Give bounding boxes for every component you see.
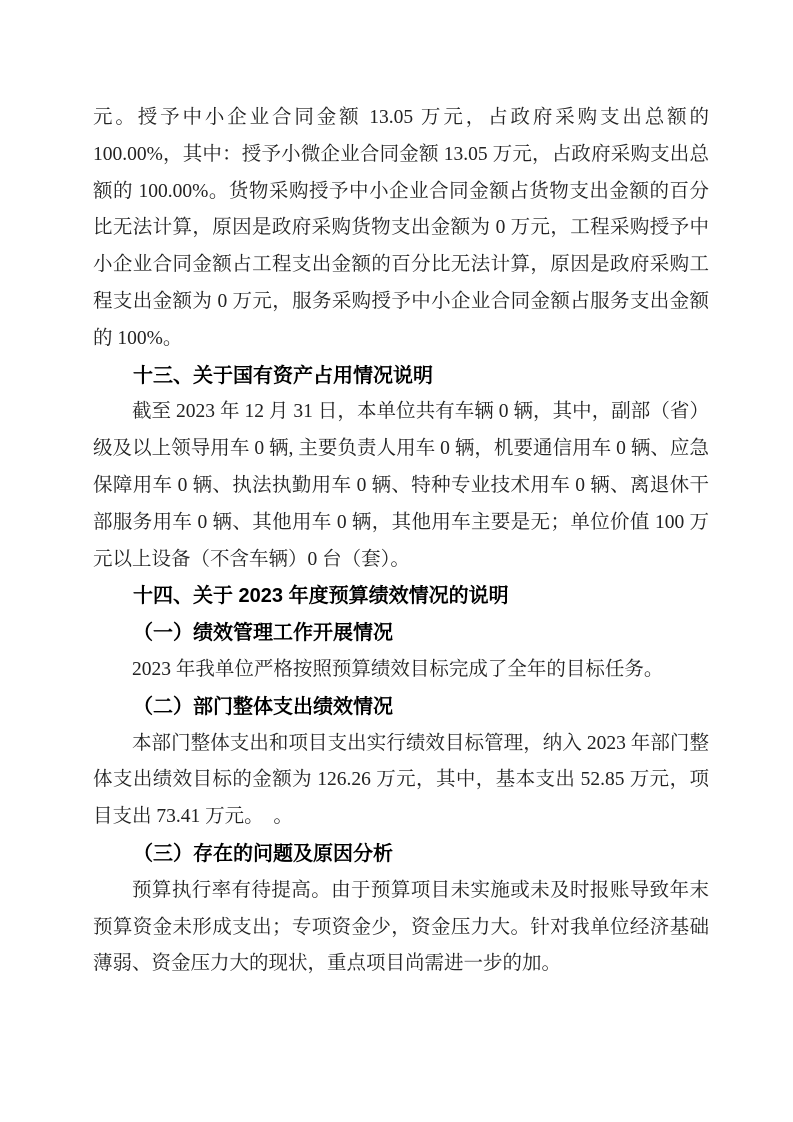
paragraph-vehicles-and-equipment: 截至 2023 年 12 月 31 日，本单位共有车辆 0 辆，其中，副部（省）…	[93, 394, 709, 578]
subsection-heading-performance-management-work: （一）绩效管理工作开展情况	[93, 615, 709, 652]
paragraph-procurement-smes-continuation: 元。授予中小企业合同金额 13.05 万元，占政府采购支出总额的 100.00%…	[93, 100, 709, 358]
section-heading-state-assets-occupancy: 十三、关于国有资产占用情况说明	[93, 358, 709, 395]
paragraph-performance-targets-completed: 2023 年我单位严格按照预算绩效目标完成了全年的目标任务。	[93, 652, 709, 689]
page-content: 元。授予中小企业合同金额 13.05 万元，占政府采购支出总额的 100.00%…	[93, 100, 709, 983]
document-page: 元。授予中小企业合同金额 13.05 万元，占政府采购支出总额的 100.00%…	[0, 0, 793, 1122]
paragraph-budget-execution-issues: 预算执行率有待提高。由于预算项目未实施或未及时报账导致年末预算资金未形成支出；专…	[93, 873, 709, 983]
subsection-heading-problems-and-causes: （三）存在的问题及原因分析	[93, 836, 709, 873]
subsection-heading-overall-expenditure-performance: （二）部门整体支出绩效情况	[93, 689, 709, 726]
section-heading-2023-budget-performance: 十四、关于 2023 年度预算绩效情况的说明	[93, 578, 709, 615]
paragraph-overall-expenditure-amounts: 本部门整体支出和项目支出实行绩效目标管理，纳入 2023 年部门整体支出绩效目标…	[93, 726, 709, 836]
